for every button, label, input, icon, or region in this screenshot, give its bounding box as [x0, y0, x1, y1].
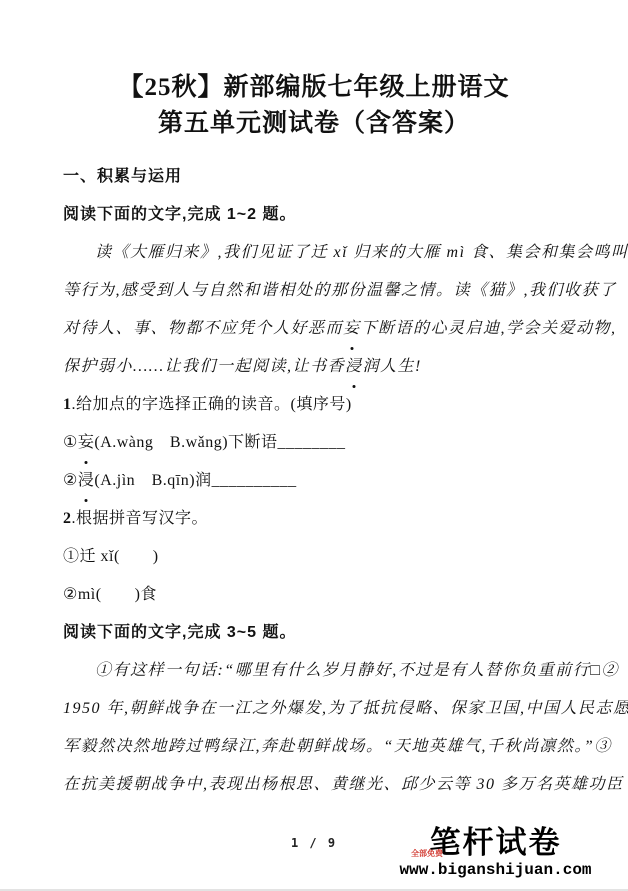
emphasized-char: 妄 [343, 310, 361, 348]
question-2-item-1: ①迁 xǐ( ) [63, 538, 588, 576]
passage1-line4: 保护弱小……让我们一起阅读,让书香浸润人生! [63, 348, 588, 386]
document-body: 一、积累与运用 阅读下面的文字,完成 1~2 题。 读《大雁归来》,我们见证了迁… [0, 158, 628, 804]
passage2-line2: 1950 年,朝鲜战争在一江之外爆发,为了抵抗侵略、保家卫国,中国人民志愿 [63, 690, 588, 728]
passage1-line4-post: 润人生! [362, 358, 421, 375]
title-line-1: 【25秋】新部编版七年级上册语文 [0, 70, 628, 106]
question-1-number: 1 [63, 396, 72, 413]
watermark: 笔杆试卷 全部免费 www.biganshijuan.com [393, 826, 598, 880]
passage1-line3-post: 下断语的心灵启迪,学会关爱动物, [361, 320, 617, 337]
passage1-line3-pre: 对待人、事、物都不应凭个人好恶而 [63, 320, 343, 337]
emphasized-char: 浸 [78, 462, 95, 500]
item-text-with-blank: (A.jìn B.qīn)润__________ [94, 472, 296, 489]
passage1-line1: 读《大雁归来》,我们见证了迁 xǐ 归来的大雁 mì 食、集会和集会鸣叫 [63, 234, 588, 272]
question-1-stem: 1.给加点的字选择正确的读音。(填序号) [63, 386, 588, 424]
question-1-item-2: ②浸(A.jìn B.qīn)润__________ [63, 462, 588, 500]
watermark-free-badge: 全部免费 [411, 850, 443, 858]
passage2-line3: 军毅然决然地跨过鸭绿江,奔赴朝鲜战场。“天地英雄气,千秋尚凛然。”③ [63, 728, 588, 766]
question-2-item-2: ②mì( )食 [63, 576, 588, 614]
watermark-url: www.biganshijuan.com [393, 860, 598, 880]
item-text-with-blank: (A.wàng B.wǎng)下断语________ [94, 434, 345, 451]
document-page: 【25秋】新部编版七年级上册语文 第五单元测试卷（含答案） 一、积累与运用 阅读… [0, 0, 628, 891]
emphasized-char: 浸 [345, 348, 363, 386]
item-marker: ② [63, 472, 78, 489]
passage2-line1: ①有这样一句话:“哪里有什么岁月静好,不过是有人替你负重前行□② [63, 652, 588, 690]
question-2-number: 2 [63, 510, 72, 527]
emphasized-char: 妄 [78, 424, 95, 462]
passage1-line4-pre: 保护弱小……让我们一起阅读,让书香 [63, 358, 345, 375]
section-heading: 一、积累与运用 [63, 158, 588, 196]
question-2-text: .根据拼音写汉字。 [72, 510, 209, 527]
passage2-line4: 在抗美援朝战争中,表现出杨根思、黄继光、邱少云等 30 多万名英雄功臣 [63, 766, 588, 804]
title-line-2: 第五单元测试卷（含答案） [0, 106, 628, 142]
question-1-text: .给加点的字选择正确的读音。(填序号) [72, 396, 352, 413]
question-2-stem: 2.根据拼音写汉字。 [63, 500, 588, 538]
reading-intro-2: 阅读下面的文字,完成 3~5 题。 [63, 614, 588, 652]
page-title: 【25秋】新部编版七年级上册语文 第五单元测试卷（含答案） [0, 0, 628, 142]
item-marker: ① [63, 434, 78, 451]
reading-intro-1: 阅读下面的文字,完成 1~2 题。 [63, 196, 588, 234]
passage1-line2: 等行为,感受到人与自然和谐相处的那份温馨之情。读《猫》,我们收获了 [63, 272, 588, 310]
question-1-item-1: ①妄(A.wàng B.wǎng)下断语________ [63, 424, 588, 462]
passage1-line3: 对待人、事、物都不应凭个人好恶而妄下断语的心灵启迪,学会关爱动物, [63, 310, 588, 348]
